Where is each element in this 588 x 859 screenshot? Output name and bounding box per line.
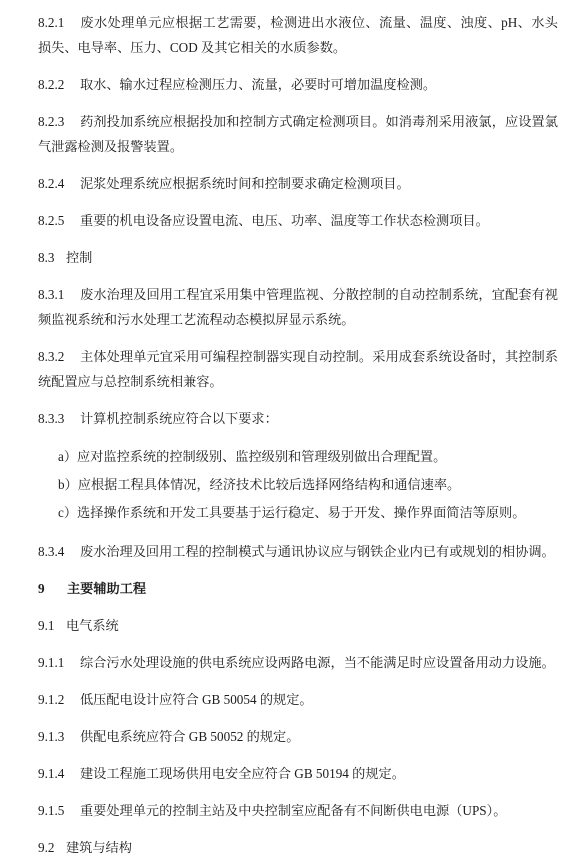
clause-8-2-5: 8.2.5重要的机电设备应设置电流、电压、功率、温度等工作状态检测项目。 bbox=[38, 208, 558, 233]
clause-8-2-4: 8.2.4泥浆处理系统应根据系统时间和控制要求确定检测项目。 bbox=[38, 171, 558, 196]
clause-number: 9.1.3 bbox=[38, 724, 80, 749]
heading-text: 建筑与结构 bbox=[66, 840, 132, 855]
clause-number: 9.1.2 bbox=[38, 687, 80, 712]
heading-8-3: 8.3控制 bbox=[38, 245, 558, 270]
clause-8-2-1: 8.2.1废水处理单元应根据工艺需要，检测进出水液位、流量、温度、浊度、pH、水… bbox=[38, 10, 558, 60]
clause-text: 重要的机电设备应设置电流、电压、功率、温度等工作状态检测项目。 bbox=[80, 213, 489, 228]
clause-text: 计算机控制系统应符合以下要求： bbox=[80, 411, 278, 426]
clause-text: 重要处理单元的控制主站及中央控制室应配备有不间断供电电源（UPS）。 bbox=[80, 803, 506, 818]
heading-text: 电气系统 bbox=[66, 618, 119, 633]
clause-text: 取水、输水过程应检测压力、流量，必要时可增加温度检测。 bbox=[80, 77, 436, 92]
clause-number: 8.3.4 bbox=[38, 539, 80, 564]
clause-line: 8.2.5重要的机电设备应设置电流、电压、功率、温度等工作状态检测项目。 bbox=[38, 208, 558, 233]
clause-line: 9.1.3供配电系统应符合 GB 50052 的规定。 bbox=[38, 724, 558, 749]
clause-8-3-3: 8.3.3计算机控制系统应符合以下要求： bbox=[38, 406, 558, 431]
clause-9-1-1: 9.1.1综合污水处理设施的供电系统应设两路电源，当不能满足时应设置备用动力设施… bbox=[38, 650, 558, 675]
clause-line: 8.2.4泥浆处理系统应根据系统时间和控制要求确定检测项目。 bbox=[38, 171, 558, 196]
clause-line: 9.1.5重要处理单元的控制主站及中央控制室应配备有不间断供电电源（UPS）。 bbox=[38, 798, 558, 823]
clause-9-1-2: 9.1.2低压配电设计应符合 GB 50054 的规定。 bbox=[38, 687, 558, 712]
clause-text: 供配电系统应符合 GB 50052 的规定。 bbox=[80, 729, 299, 744]
clause-9-1-5: 9.1.5重要处理单元的控制主站及中央控制室应配备有不间断供电电源（UPS）。 bbox=[38, 798, 558, 823]
clause-line: 损失、电导率、压力、COD 及其它相关的水质参数。 bbox=[38, 35, 558, 60]
clause-8-3-3-list: a）应对监控系统的控制级别、监控级别和管理级别做出合理配置。 b）应根据工程具体… bbox=[38, 443, 558, 527]
clause-line: 8.3.4废水治理及回用工程的控制模式与通讯协议应与钢铁企业内已有或规划的相协调… bbox=[38, 539, 558, 564]
list-item-b: b）应根据工程具体情况，经济技术比较后选择网络结构和通信速率。 bbox=[38, 471, 558, 499]
clause-line: 9.1.1综合污水处理设施的供电系统应设两路电源，当不能满足时应设置备用动力设施… bbox=[38, 650, 558, 675]
list-item-a: a）应对监控系统的控制级别、监控级别和管理级别做出合理配置。 bbox=[38, 443, 558, 471]
clause-number: 9.1.4 bbox=[38, 761, 80, 786]
clause-8-3-4: 8.3.4废水治理及回用工程的控制模式与通讯协议应与钢铁企业内已有或规划的相协调… bbox=[38, 539, 558, 564]
clause-number: 9.1.1 bbox=[38, 650, 80, 675]
heading-9: 9主要辅助工程 bbox=[38, 576, 558, 601]
clause-text: 废水治理及回用工程的控制模式与通讯协议应与钢铁企业内已有或规划的相协调。 bbox=[80, 544, 555, 559]
heading-text: 控制 bbox=[66, 250, 92, 265]
clause-text: 药剂投加系统应根据投加和控制方式确定检测项目。如消毒剂采用液氯，应设置氯 bbox=[80, 114, 558, 129]
clause-line: 气泄露检测及报警装置。 bbox=[38, 134, 558, 159]
clause-text: 建设工程施工现场供用电安全应符合 GB 50194 的规定。 bbox=[80, 766, 405, 781]
clause-line: 8.3.2主体处理单元宜采用可编程控制器实现自动控制。采用成套系统设备时，其控制… bbox=[38, 344, 558, 369]
clause-text: 废水治理及回用工程宜采用集中管理监视、分散控制的自动控制系统，宜配套有视 bbox=[80, 287, 558, 302]
clause-9-1-3: 9.1.3供配电系统应符合 GB 50052 的规定。 bbox=[38, 724, 558, 749]
document-page: 8.2.1废水处理单元应根据工艺需要，检测进出水液位、流量、温度、浊度、pH、水… bbox=[0, 0, 588, 859]
clause-number: 8.3.1 bbox=[38, 282, 80, 307]
clause-line: 统配置应与总控制系统相兼容。 bbox=[38, 369, 558, 394]
clause-text: 主体处理单元宜采用可编程控制器实现自动控制。采用成套系统设备时，其控制系 bbox=[80, 349, 558, 364]
heading-line: 8.3控制 bbox=[38, 245, 558, 270]
clause-line: 9.1.4建设工程施工现场供用电安全应符合 GB 50194 的规定。 bbox=[38, 761, 558, 786]
heading-line: 9.2建筑与结构 bbox=[38, 835, 558, 859]
clause-number: 8.2.3 bbox=[38, 109, 80, 134]
clause-number: 8.2.2 bbox=[38, 72, 80, 97]
clause-number: 8.3.2 bbox=[38, 344, 80, 369]
clause-number: 8.2.1 bbox=[38, 10, 80, 35]
clause-8-2-3: 8.2.3药剂投加系统应根据投加和控制方式确定检测项目。如消毒剂采用液氯，应设置… bbox=[38, 109, 558, 159]
heading-text: 主要辅助工程 bbox=[67, 581, 146, 596]
clause-8-2-2: 8.2.2取水、输水过程应检测压力、流量，必要时可增加温度检测。 bbox=[38, 72, 558, 97]
clause-line: 8.3.3计算机控制系统应符合以下要求： bbox=[38, 406, 558, 431]
clause-number: 8.2.4 bbox=[38, 171, 80, 196]
clause-number: 8.2.5 bbox=[38, 208, 80, 233]
clause-8-3-2: 8.3.2主体处理单元宜采用可编程控制器实现自动控制。采用成套系统设备时，其控制… bbox=[38, 344, 558, 394]
clause-line: 8.2.2取水、输水过程应检测压力、流量，必要时可增加温度检测。 bbox=[38, 72, 558, 97]
heading-9-2: 9.2建筑与结构 bbox=[38, 835, 558, 859]
clause-9-1-4: 9.1.4建设工程施工现场供用电安全应符合 GB 50194 的规定。 bbox=[38, 761, 558, 786]
clause-text: 泥浆处理系统应根据系统时间和控制要求确定检测项目。 bbox=[80, 176, 410, 191]
heading-number: 9.2 bbox=[38, 835, 66, 859]
clause-text: 综合污水处理设施的供电系统应设两路电源，当不能满足时应设置备用动力设施。 bbox=[80, 655, 555, 670]
clause-line: 9.1.2低压配电设计应符合 GB 50054 的规定。 bbox=[38, 687, 558, 712]
clause-line: 8.2.1废水处理单元应根据工艺需要，检测进出水液位、流量、温度、浊度、pH、水… bbox=[38, 10, 558, 35]
clause-line: 频监视系统和污水处理工艺流程动态模拟屏显示系统。 bbox=[38, 307, 558, 332]
heading-number: 8.3 bbox=[38, 245, 66, 270]
heading-line: 9主要辅助工程 bbox=[38, 576, 558, 601]
clause-text: 废水处理单元应根据工艺需要，检测进出水液位、流量、温度、浊度、pH、水头 bbox=[80, 15, 558, 30]
heading-line: 9.1电气系统 bbox=[38, 613, 558, 638]
list-item-c: c）选择操作系统和开发工具要基于运行稳定、易于开发、操作界面简洁等原则。 bbox=[38, 499, 558, 527]
clause-8-3-1: 8.3.1废水治理及回用工程宜采用集中管理监视、分散控制的自动控制系统，宜配套有… bbox=[38, 282, 558, 332]
heading-number: 9 bbox=[38, 576, 67, 601]
heading-number: 9.1 bbox=[38, 613, 66, 638]
heading-9-1: 9.1电气系统 bbox=[38, 613, 558, 638]
clause-line: 8.3.1废水治理及回用工程宜采用集中管理监视、分散控制的自动控制系统，宜配套有… bbox=[38, 282, 558, 307]
clause-line: 8.2.3药剂投加系统应根据投加和控制方式确定检测项目。如消毒剂采用液氯，应设置… bbox=[38, 109, 558, 134]
clause-number: 9.1.5 bbox=[38, 798, 80, 823]
clause-text: 低压配电设计应符合 GB 50054 的规定。 bbox=[80, 692, 313, 707]
clause-number: 8.3.3 bbox=[38, 406, 80, 431]
